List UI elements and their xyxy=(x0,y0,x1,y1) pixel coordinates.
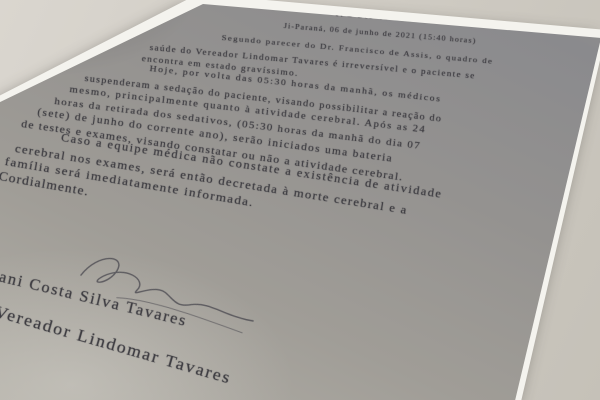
paper-sheet: NOTA À IMPRENSA Ji-Paraná, 06 de junho d… xyxy=(0,0,600,400)
photographed-document: NOTA À IMPRENSA Ji-Paraná, 06 de junho d… xyxy=(0,0,600,400)
